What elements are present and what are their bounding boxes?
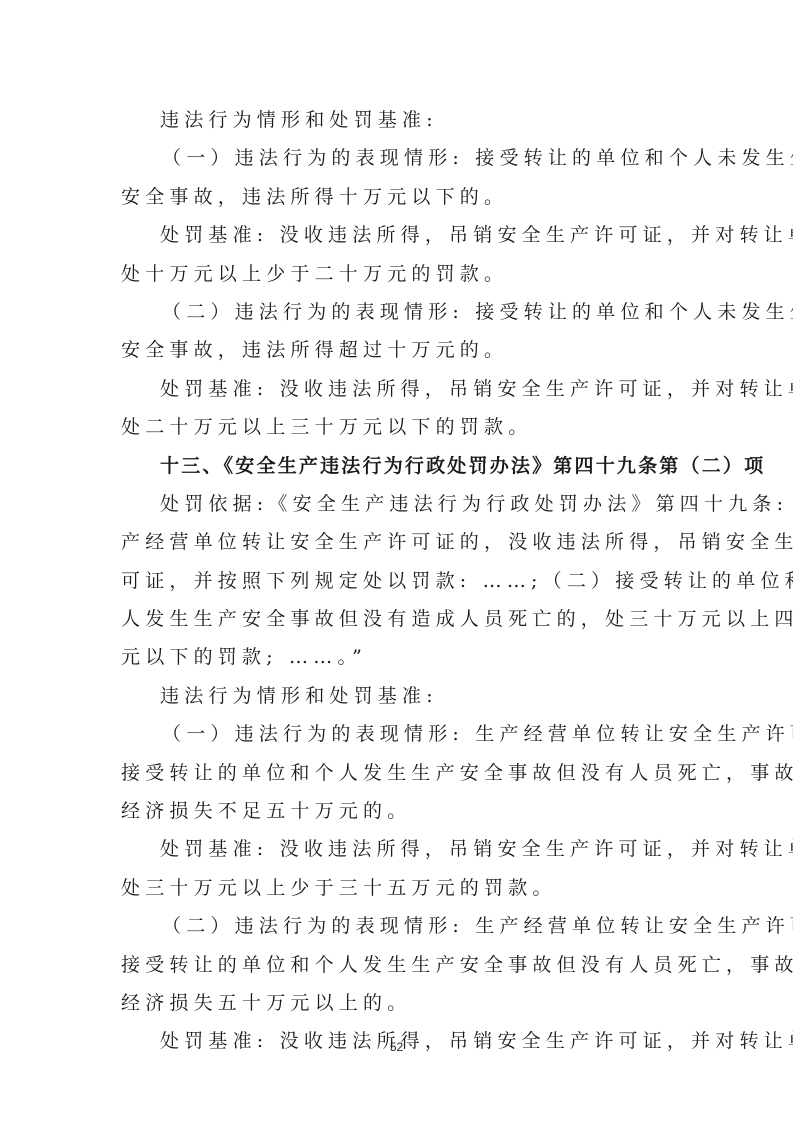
case-4-line-3: 经济损失五十万元以上的。 <box>121 984 673 1022</box>
case-3-line-2: 接受转让的单位和个人发生生产安全事故但没有人员死亡，事故直接 <box>121 754 673 792</box>
legal-basis-line-5: 元以下的罚款; ……。” <box>121 638 673 676</box>
penalty-1-line-2: 处十万元以上少于二十万元的罚款。 <box>121 255 673 293</box>
case-4-line-2: 接受转让的单位和个人发生生产安全事故但没有人员死亡，事故直接 <box>121 946 673 984</box>
penalty-2-line-1: 处罚基准: 没收违法所得，吊销安全生产许可证，并对转让单位 <box>121 370 673 408</box>
section-intro-1: 违法行为情形和处罚基准: <box>121 101 673 139</box>
penalty-3-line-1: 处罚基准: 没收违法所得，吊销安全生产许可证，并对转让单位 <box>121 830 673 868</box>
case-3-line-1: （一）违法行为的表现情形: 生产经营单位转让安全生产许可证， <box>121 715 673 753</box>
legal-basis-line-4: 人发生生产安全事故但没有造成人员死亡的，处三十万元以上四十万 <box>121 600 673 638</box>
case-1-line-2: 安全事故，违法所得十万元以下的。 <box>121 178 673 216</box>
penalty-3-line-2: 处三十万元以上少于三十五万元的罚款。 <box>121 869 673 907</box>
case-2-line-1: （二）违法行为的表现情形: 接受转让的单位和个人未发生生产 <box>121 293 673 331</box>
section-intro-2: 违法行为情形和处罚基准: <box>121 677 673 715</box>
legal-basis-line-3: 可证，并按照下列规定处以罚款: ……;（二）接受转让的单位和个 <box>121 562 673 600</box>
section-heading-13: 十三、《安全生产违法行为行政处罚办法》第四十九条第（二）项 <box>121 447 673 485</box>
document-body: 违法行为情形和处罚基准: （一）违法行为的表现情形: 接受转让的单位和个人未发生… <box>121 101 673 1061</box>
legal-basis-line-2: 产经营单位转让安全生产许可证的，没收违法所得，吊销安全生产许 <box>121 523 673 561</box>
case-4-line-1: （二）违法行为的表现情形: 生产经营单位转让安全生产许可证， <box>121 907 673 945</box>
page-number: 52 <box>0 1040 793 1054</box>
case-2-line-2: 安全事故，违法所得超过十万元的。 <box>121 331 673 369</box>
case-3-line-3: 经济损失不足五十万元的。 <box>121 792 673 830</box>
penalty-1-line-1: 处罚基准: 没收违法所得，吊销安全生产许可证，并对转让单位 <box>121 216 673 254</box>
case-1-line-1: （一）违法行为的表现情形: 接受转让的单位和个人未发生生产 <box>121 139 673 177</box>
legal-basis-line-1: 处罚依据:《安全生产违法行为行政处罚办法》第四十九条: “生 <box>121 485 673 523</box>
penalty-2-line-2: 处二十万元以上三十万元以下的罚款。 <box>121 408 673 446</box>
